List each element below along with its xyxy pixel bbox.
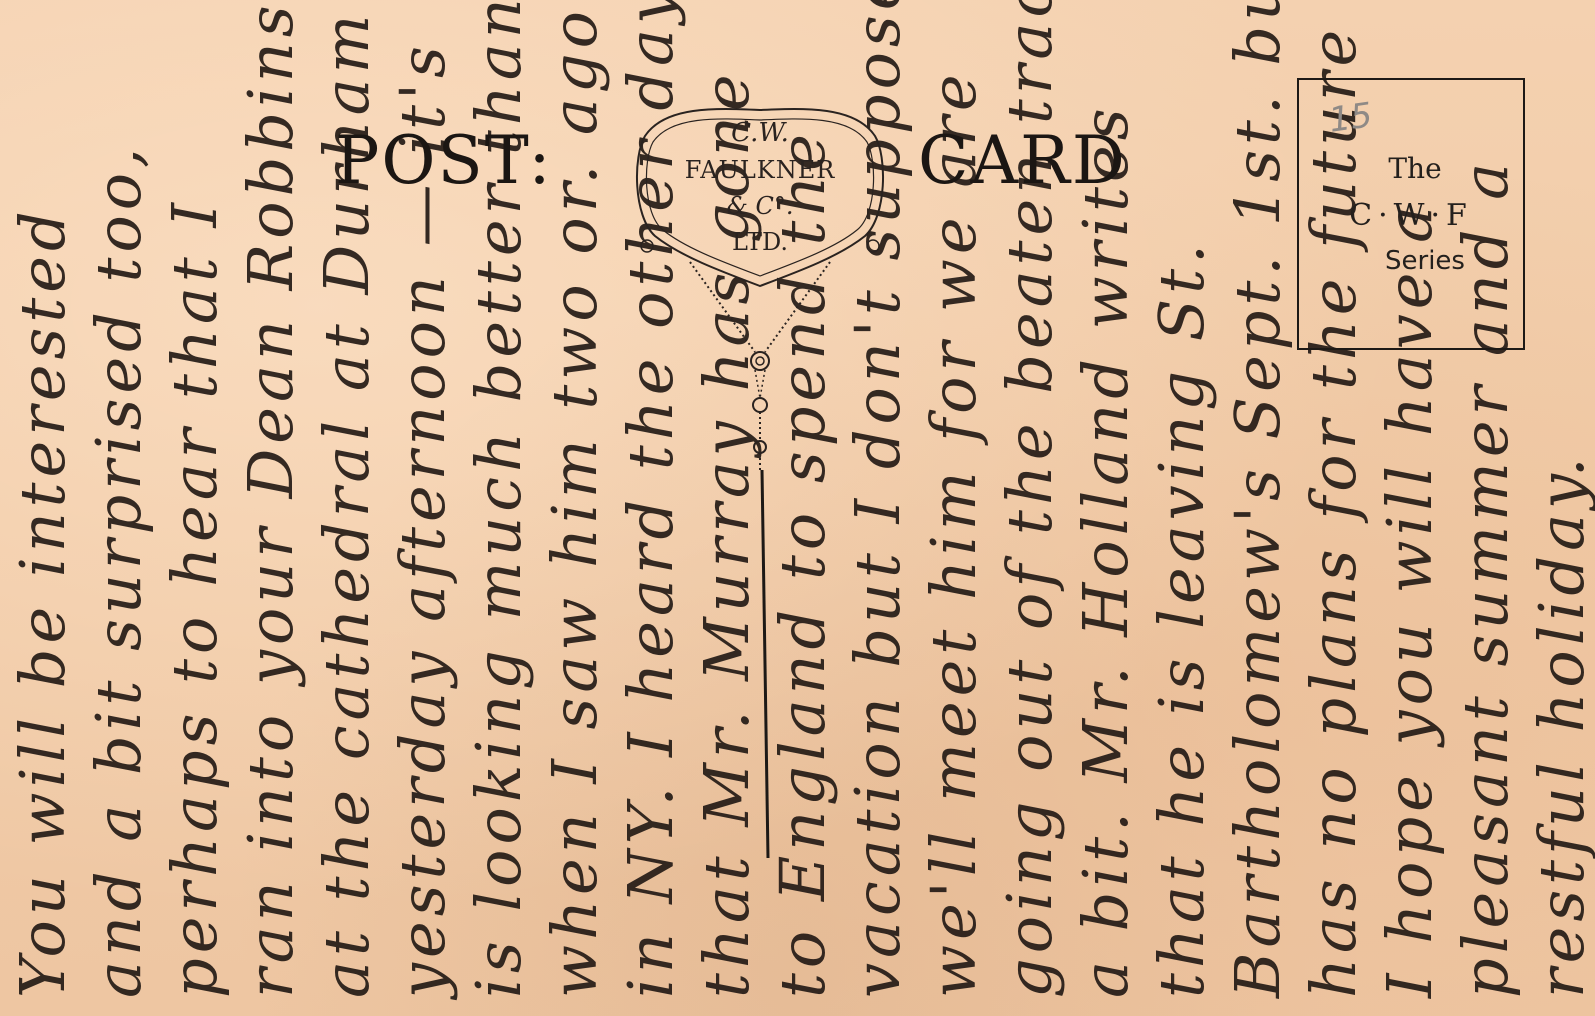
message-line: and a bit surprised too, <box>82 143 155 998</box>
stamp-cwf: C·W·F <box>1299 198 1523 233</box>
message-line: You will be interested <box>6 206 79 998</box>
message-line: a bit. Mr. Holland writes <box>1069 103 1142 998</box>
stamp-the: The <box>1325 152 1505 185</box>
post-label: POST: <box>335 128 553 194</box>
publisher-logo: C.W. FAULKNER & C°. LTD. <box>625 96 895 291</box>
message-line: Bartholomew's Sept. 1st. but <box>1221 0 1294 998</box>
stamp-box: 15 The C·W·F Series <box>1297 78 1525 350</box>
message-line: ran into your Dean Robbins <box>234 0 307 998</box>
logo-cw: C.W. <box>625 118 895 148</box>
logo-faulkner: FAULKNER <box>625 156 895 184</box>
card-label: CARD <box>918 128 1127 194</box>
postcard-back: You will be interestedand a bit surprise… <box>0 0 1595 1016</box>
logo-co: & C°. <box>625 192 895 220</box>
pencil-note: 15 <box>1326 95 1374 141</box>
message-line: restful holiday. <box>1525 452 1595 998</box>
message-line: we'll meet him for we are <box>917 69 990 998</box>
stamp-series: Series <box>1313 246 1537 276</box>
message-line: that he is leaving St. <box>1145 239 1218 998</box>
message-line: perhaps to hear that I <box>158 198 231 998</box>
logo-ltd: LTD. <box>625 228 895 256</box>
